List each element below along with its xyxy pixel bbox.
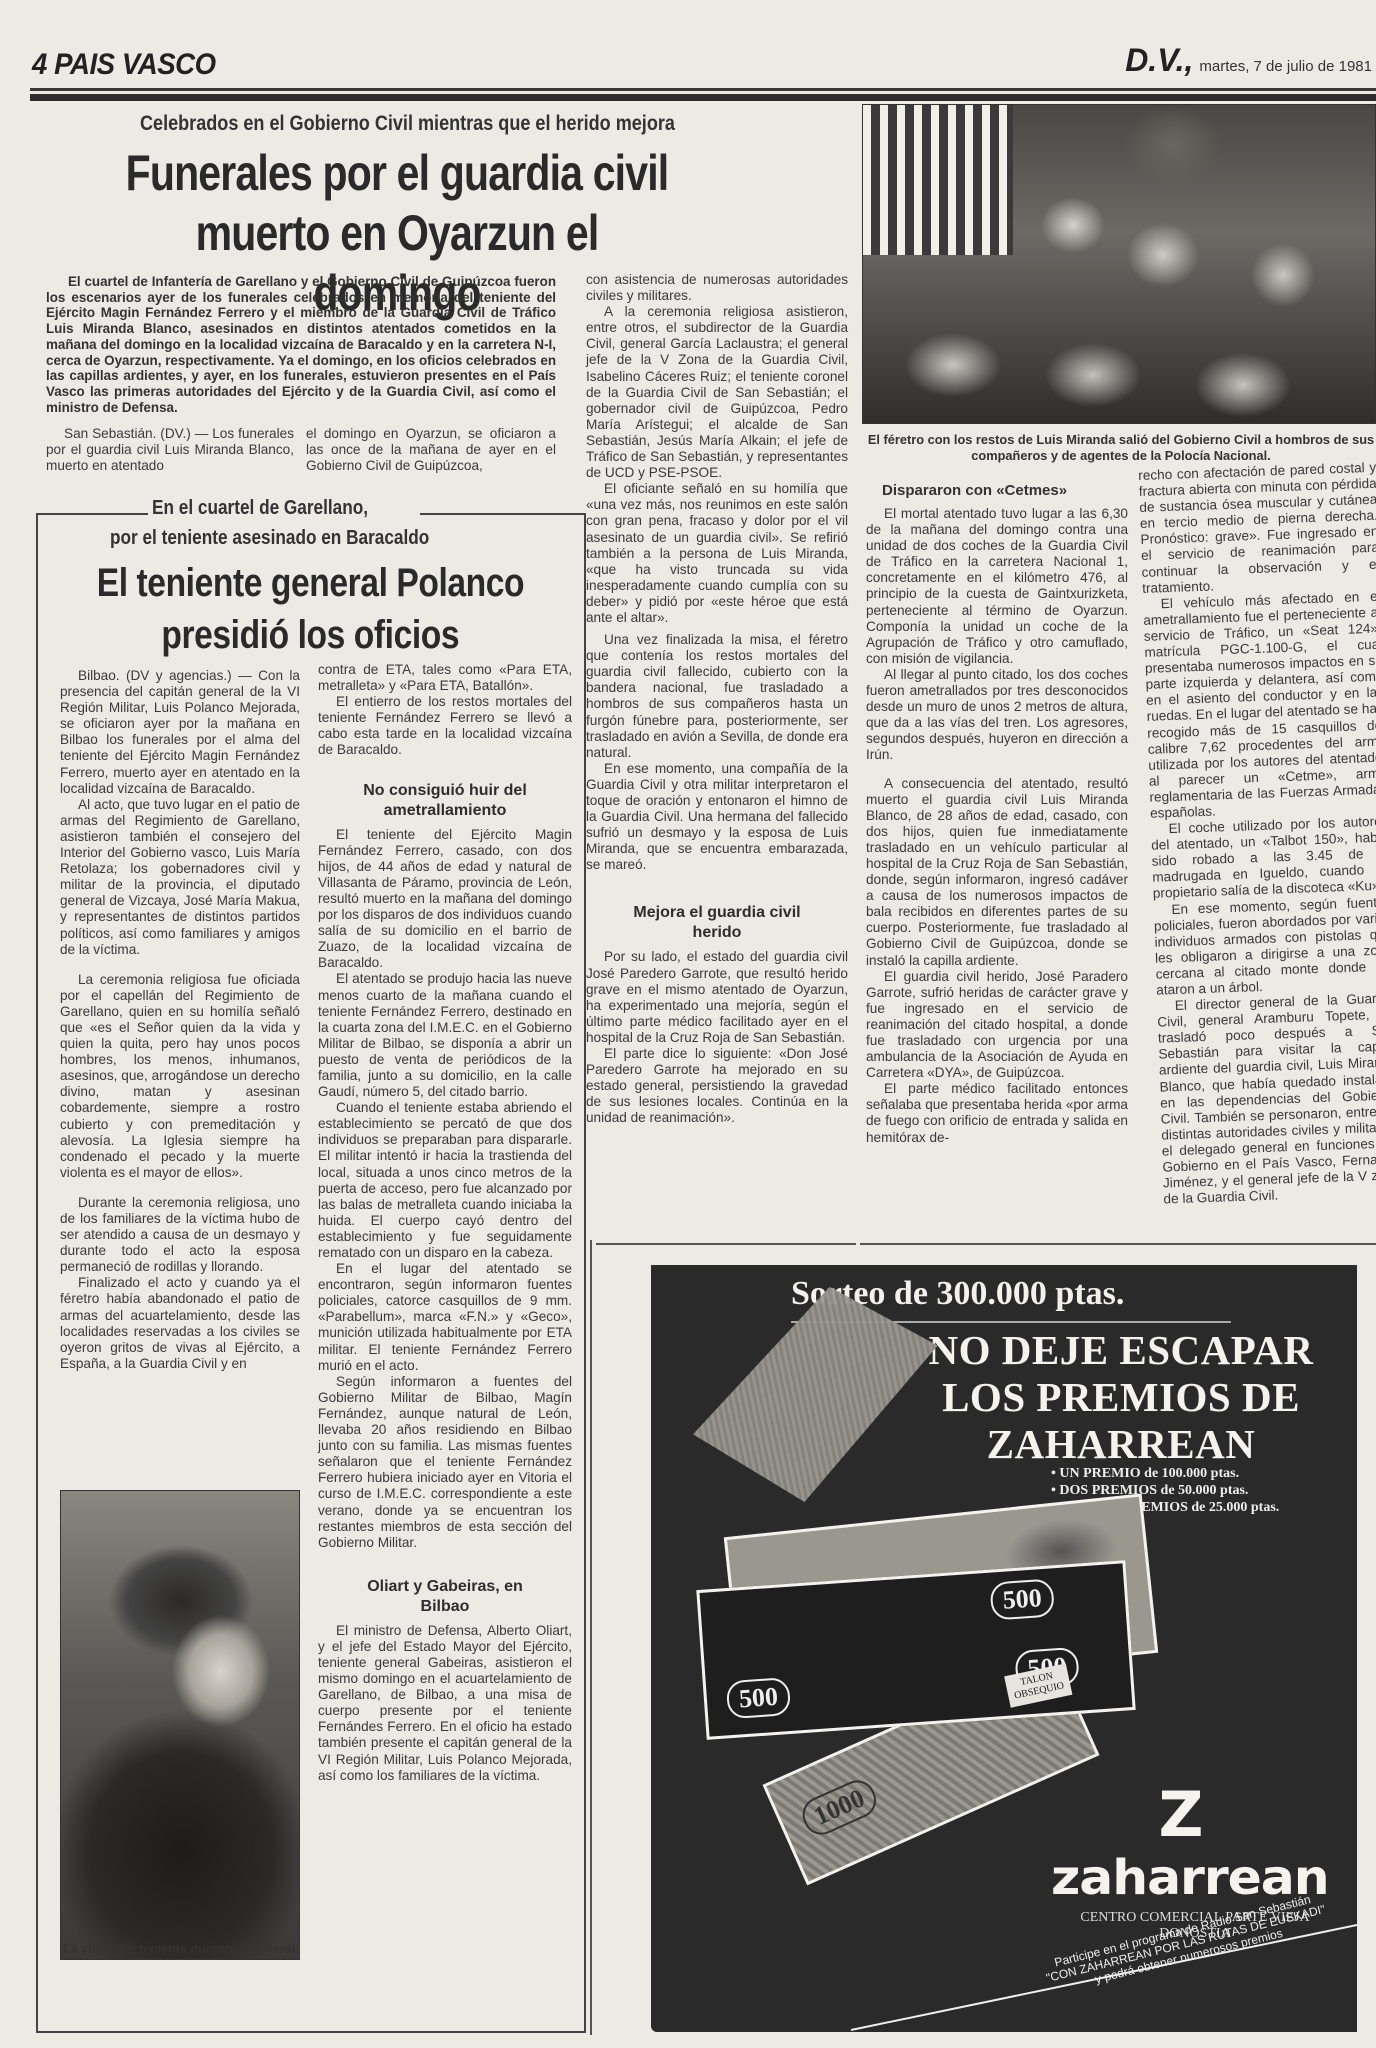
widow-photo <box>60 1490 300 1960</box>
boxed-headline-line1: El teniente general Polanco <box>96 557 523 609</box>
column-rule <box>590 1240 592 2035</box>
paragraph: El atentado se produjo hacia las nueve m… <box>318 971 572 1100</box>
boxed-kicker1: En el cuartel de Garellano, <box>152 497 368 520</box>
main-lead: El cuartel de Infantería de Garellano y … <box>46 274 556 415</box>
paragraph: el domingo en Oyarzun, se oficiaron a la… <box>306 426 556 474</box>
widow-photo-caption: La viuda del teniente durante el funeral… <box>56 1942 306 1957</box>
paragraph: A consecuencia del atentado, resultó mue… <box>866 776 1128 969</box>
paragraph: El ministro de Defensa, Alberto Oliart, … <box>318 1623 572 1784</box>
ad-headline-line1: NO DEJE ESCAPAR <box>891 1327 1351 1374</box>
ad-headline: NO DEJE ESCAPAR LOS PREMIOS DE ZAHARREAN <box>891 1327 1351 1468</box>
boxed-colB: contra de ETA, tales como «Para ETA, met… <box>318 662 572 1784</box>
paragraph: contra de ETA, tales como «Para ETA, met… <box>318 662 572 694</box>
masthead-rule-thick <box>30 94 1376 101</box>
main-col5: recho con afectación de pared costal y f… <box>1138 460 1376 1208</box>
banknote-500-label-top: 500 <box>989 1578 1054 1620</box>
paragraph: El oficiante señaló en su homilía que «u… <box>586 481 848 626</box>
paragraph: Al llegar al punto citado, los dos coche… <box>866 667 1128 764</box>
paragraph: En ese momento, según fuentes policiales… <box>1153 894 1376 999</box>
divider <box>596 1243 856 1245</box>
paragraph: San Sebastián. (DV.) — Los funerales por… <box>46 426 294 474</box>
banknote-500: 500 500 500 TALON OBSEQUIO <box>696 1560 1135 1740</box>
paragraph: Según informaron a fuentes del Gobierno … <box>318 1374 572 1551</box>
banknote-500-label-left: 500 <box>726 1677 791 1719</box>
paragraph: En ese momento, una compañía de la Guard… <box>586 761 848 874</box>
paragraph: con asistencia de numerosas autoridades … <box>586 272 848 304</box>
paragraph: El guardia civil herido, José Paradero G… <box>866 969 1128 1082</box>
paragraph: Una vez finalizada la misa, el féretro q… <box>586 632 848 761</box>
ad-banknotes-image: 1000 500 500 500 TALON OBSEQUIO <box>691 1515 1131 1815</box>
paper-date-line: D.V., martes, 7 de julio de 1981 <box>1125 42 1372 79</box>
paragraph: A la ceremonia religiosa asistieron, ent… <box>586 304 848 481</box>
main-headline-line1: Funerales por el guardia civil <box>110 143 684 203</box>
subhead-cetmes: Dispararon con «Cetmes» <box>882 482 1067 499</box>
paragraph: El vehículo más afectado en el ametralla… <box>1142 588 1376 821</box>
boxed-headline-line2: presidió los oficios <box>161 609 459 661</box>
main-kicker: Celebrados en el Gobierno Civil mientras… <box>140 112 656 136</box>
subhead-huir: No consiguió huir del ametrallamiento <box>350 781 540 821</box>
paragraph: El parte dice lo siguiente: «Don José Pa… <box>586 1046 848 1126</box>
paragraph: Al acto, que tuvo lugar en el patio de a… <box>60 797 300 958</box>
banknote-1000-label: 1000 <box>797 1775 882 1841</box>
masthead-rule-thin <box>30 88 1376 91</box>
paragraph: Bilbao. (DV y agencias.) — Con la presen… <box>60 668 300 797</box>
paragraph: Por su lado, el estado del guardia civil… <box>586 949 848 1046</box>
paragraph: El parte médico facilitado entonces seña… <box>866 1081 1128 1145</box>
ad-prize-item: DOS PREMIOS de 50.000 ptas. <box>1051 1482 1279 1499</box>
paragraph: La ceremonia religiosa fue oficiada por … <box>60 972 300 1181</box>
masthead: 4 PAIS VASCO D.V., martes, 7 de julio de… <box>32 42 1372 92</box>
divider <box>860 1243 1376 1245</box>
main-col3: con asistencia de numerosas autoridades … <box>586 272 848 1127</box>
issue-date: martes, 7 de julio de 1981 <box>1199 58 1372 75</box>
ad-headline-line2: LOS PREMIOS DE <box>891 1374 1351 1421</box>
newspaper-page: 4 PAIS VASCO D.V., martes, 7 de julio de… <box>0 0 1376 2048</box>
coffin-procession-photo <box>862 104 1376 424</box>
subhead-oliart: Oliart y Gabeiras, en Bilbao <box>360 1577 530 1617</box>
main-col1: San Sebastián. (DV.) — Los funerales por… <box>46 426 294 474</box>
paragraph: En el lugar del atentado se encontraron,… <box>318 1261 572 1374</box>
boxed-colA: Bilbao. (DV y agencias.) — Con la presen… <box>60 668 300 1372</box>
main-col4: El mortal atentado tuvo lugar a las 6,30… <box>866 506 1128 1146</box>
coffin-photo-caption: El féretro con los restos de Luis Mirand… <box>866 432 1376 464</box>
section-title: 4 PAIS VASCO <box>32 48 216 82</box>
paragraph: El mortal atentado tuvo lugar a las 6,30… <box>866 506 1128 667</box>
ad-headline-line3: ZAHARREAN <box>891 1421 1351 1468</box>
paragraph: El director general de la Guardia Civil,… <box>1157 990 1376 1207</box>
paper-name: D.V., <box>1125 42 1193 79</box>
paragraph: El coche utilizado por los autores del a… <box>1150 814 1376 903</box>
paragraph: El entierro de los restos mortales del t… <box>318 694 572 758</box>
talon-obsequio: TALON OBSEQUIO <box>1004 1663 1072 1707</box>
paragraph: El teniente del Ejército Magin Fernández… <box>318 827 572 972</box>
paragraph: Finalizado el acto y cuando ya el féretr… <box>60 1275 300 1372</box>
box-top-rule-right <box>420 513 586 515</box>
ad-prize-item: UN PREMIO de 100.000 ptas. <box>1051 1465 1279 1482</box>
boxed-kicker2: por el teniente asesinado en Baracaldo <box>110 527 429 550</box>
box-top-rule-left <box>36 513 148 515</box>
zaharrean-advertisement: Sorteo de 300.000 ptas. NO DEJE ESCAPAR … <box>651 1265 1357 2032</box>
paragraph: Durante la ceremonia religiosa, uno de l… <box>60 1195 300 1275</box>
boxed-headline: El teniente general Polanco presidió los… <box>40 557 580 661</box>
paragraph: recho con afectación de pared costal y f… <box>1138 460 1376 597</box>
paragraph: Cuando el teniente estaba abriendo el es… <box>318 1100 572 1261</box>
subhead-mejora: Mejora el guardia civil herido <box>617 903 817 943</box>
main-col2: el domingo en Oyarzun, se oficiaron a la… <box>306 426 556 474</box>
zaharrean-logo-icon: Z <box>1151 1785 1211 1845</box>
